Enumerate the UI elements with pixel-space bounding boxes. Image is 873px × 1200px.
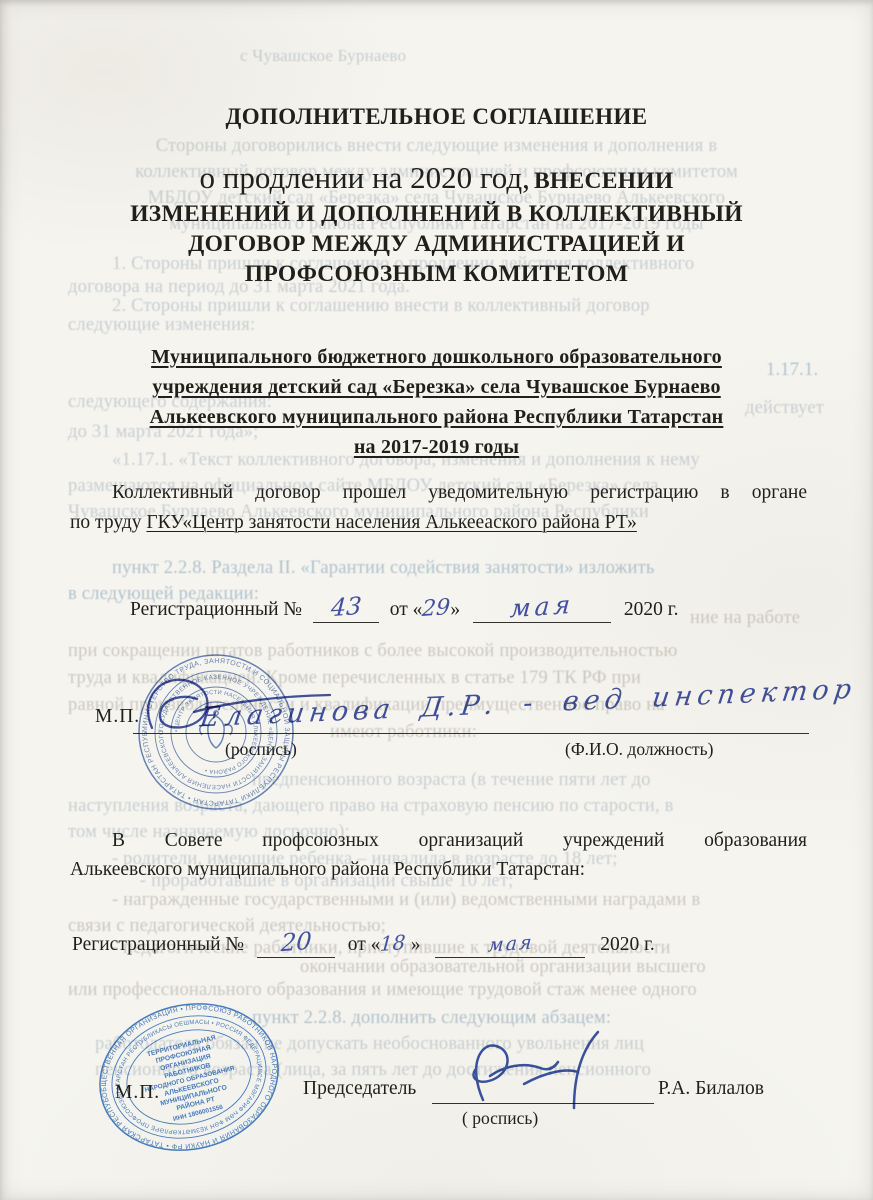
stamp2-center-text: ТЕРРИТОРИАЛЬНАЯ ПРОФСОЮЗНАЯ ОРГАНИЗАЦИЯ … [136, 1032, 244, 1128]
chairman-label: Председатель [303, 1078, 416, 1100]
bleedthrough-line: пункт 2.2.8. дополнить следующим абзацем… [252, 1008, 611, 1029]
handwritten-month-1: мая [509, 596, 574, 619]
trade-union-stamp: ОБЩЕСТВЕННАЯ ОРГАНИЗАЦИЯ • ПРОФСОЮЗ РАБО… [88, 998, 290, 1156]
paragraph-prefix: по труду [70, 512, 146, 533]
bleedthrough-line: с Чувашское Бурнаево [240, 46, 406, 66]
handwritten-day-2: 18 [380, 930, 407, 956]
organization-name-line2: учреждения детский сад «Березка» села Чу… [0, 376, 873, 399]
organization-name-line1: Муниципального бюджетного дошкольного об… [0, 346, 873, 369]
bleedthrough-line: следующие изменения: [68, 315, 255, 336]
chairman-signature-flourish [428, 1028, 658, 1113]
registration-label-1: Регистрационный № [130, 599, 302, 620]
registration-ot-2: от « [348, 934, 381, 955]
document-subtitle-line4: ПРОФСОЮЗНЫМ КОМИТЕТОМ [0, 261, 873, 288]
registration-line-1: Регистрационный № 43 от «29» мая 2020 г. [130, 598, 678, 623]
subtitle-lead: о продлении на 2020 год, [200, 160, 530, 195]
handwritten-day-1: 29 [422, 599, 451, 619]
handwritten-month-2: мая [487, 931, 534, 956]
registration-line-2: Регистрационный № 20 от «18 » мая 2020 г… [72, 931, 655, 958]
document-title: ДОПОЛНИТЕЛЬНОЕ СОГЛАШЕНИЕ [0, 104, 873, 130]
registration-month-blank-2: мая [435, 933, 585, 958]
subtitle-lead-bold: ВНЕСЕНИИ [534, 168, 674, 194]
handwritten-registration-number-2: 20 [280, 932, 312, 952]
registration-year-2: 2020 г. [600, 934, 655, 955]
registration-paragraph-line2: по труду ГКУ«Центр занятости населения А… [70, 512, 637, 534]
registration-ot-1: от « [390, 599, 423, 620]
registration-close-quote-2: » [411, 934, 421, 955]
bleedthrough-line: пункт 2.2.8. Раздела II. «Гарантии содей… [112, 558, 655, 579]
organization-name-line4: на 2017-2019 годы [0, 436, 873, 459]
document-subtitle-line2: ИЗМЕНЕНИЙ И ДОПОЛНЕНИЙ В КОЛЛЕКТИВНЫЙ [0, 201, 873, 228]
registration-number-blank-1: 43 [313, 598, 379, 623]
scanned-document-page: с Чувашское Бурнаево Стороны договорилис… [0, 0, 873, 1200]
chairman-name: Р.А. Билалов [658, 1078, 764, 1100]
bleedthrough-line: - награжденные государственными и (или) … [112, 890, 700, 911]
registration-year-1: 2020 г. [624, 599, 679, 620]
registration-number-blank-2: 20 [257, 933, 335, 958]
bleedthrough-line: Стороны договорились внести следующие из… [0, 136, 873, 157]
bleedthrough-line: 2. Стороны пришли к соглашению внести в … [112, 296, 650, 317]
bleedthrough-line: ние на работе [690, 608, 800, 629]
signature-caption-right: (Ф.И.О. должность) [565, 739, 713, 760]
document-subtitle-line1: о продлении на 2020 год, ВНЕСЕНИИ [0, 160, 873, 196]
employment-center-name: ГКУ«Центр занятости населения Алькееаско… [146, 512, 637, 533]
union-paragraph-line2: Алькеевского муниципального района Респу… [70, 859, 585, 881]
registration-paragraph-line1: Коллективный договор прошел уведомительн… [70, 482, 807, 504]
handwritten-registration-number-1: 43 [330, 597, 362, 617]
document-subtitle-line3: ДОГОВОР МЕЖДУ АДМИНИСТРАЦИЕЙ И [0, 231, 873, 258]
organization-name-line3: Алькеевского муниципального района Респу… [0, 406, 873, 429]
bleedthrough-line: окончании образовательной организации вы… [300, 957, 706, 978]
registration-close-quote-1: » [450, 599, 460, 620]
registration-month-blank-1: мая [473, 598, 611, 623]
registration-label-2: Регистрационный № [72, 934, 244, 955]
bleedthrough-line: предпенсионного возраста (в течение пяти… [252, 770, 651, 791]
union-paragraph-line1: В Совете профсоюзных организаций учрежде… [70, 830, 807, 852]
